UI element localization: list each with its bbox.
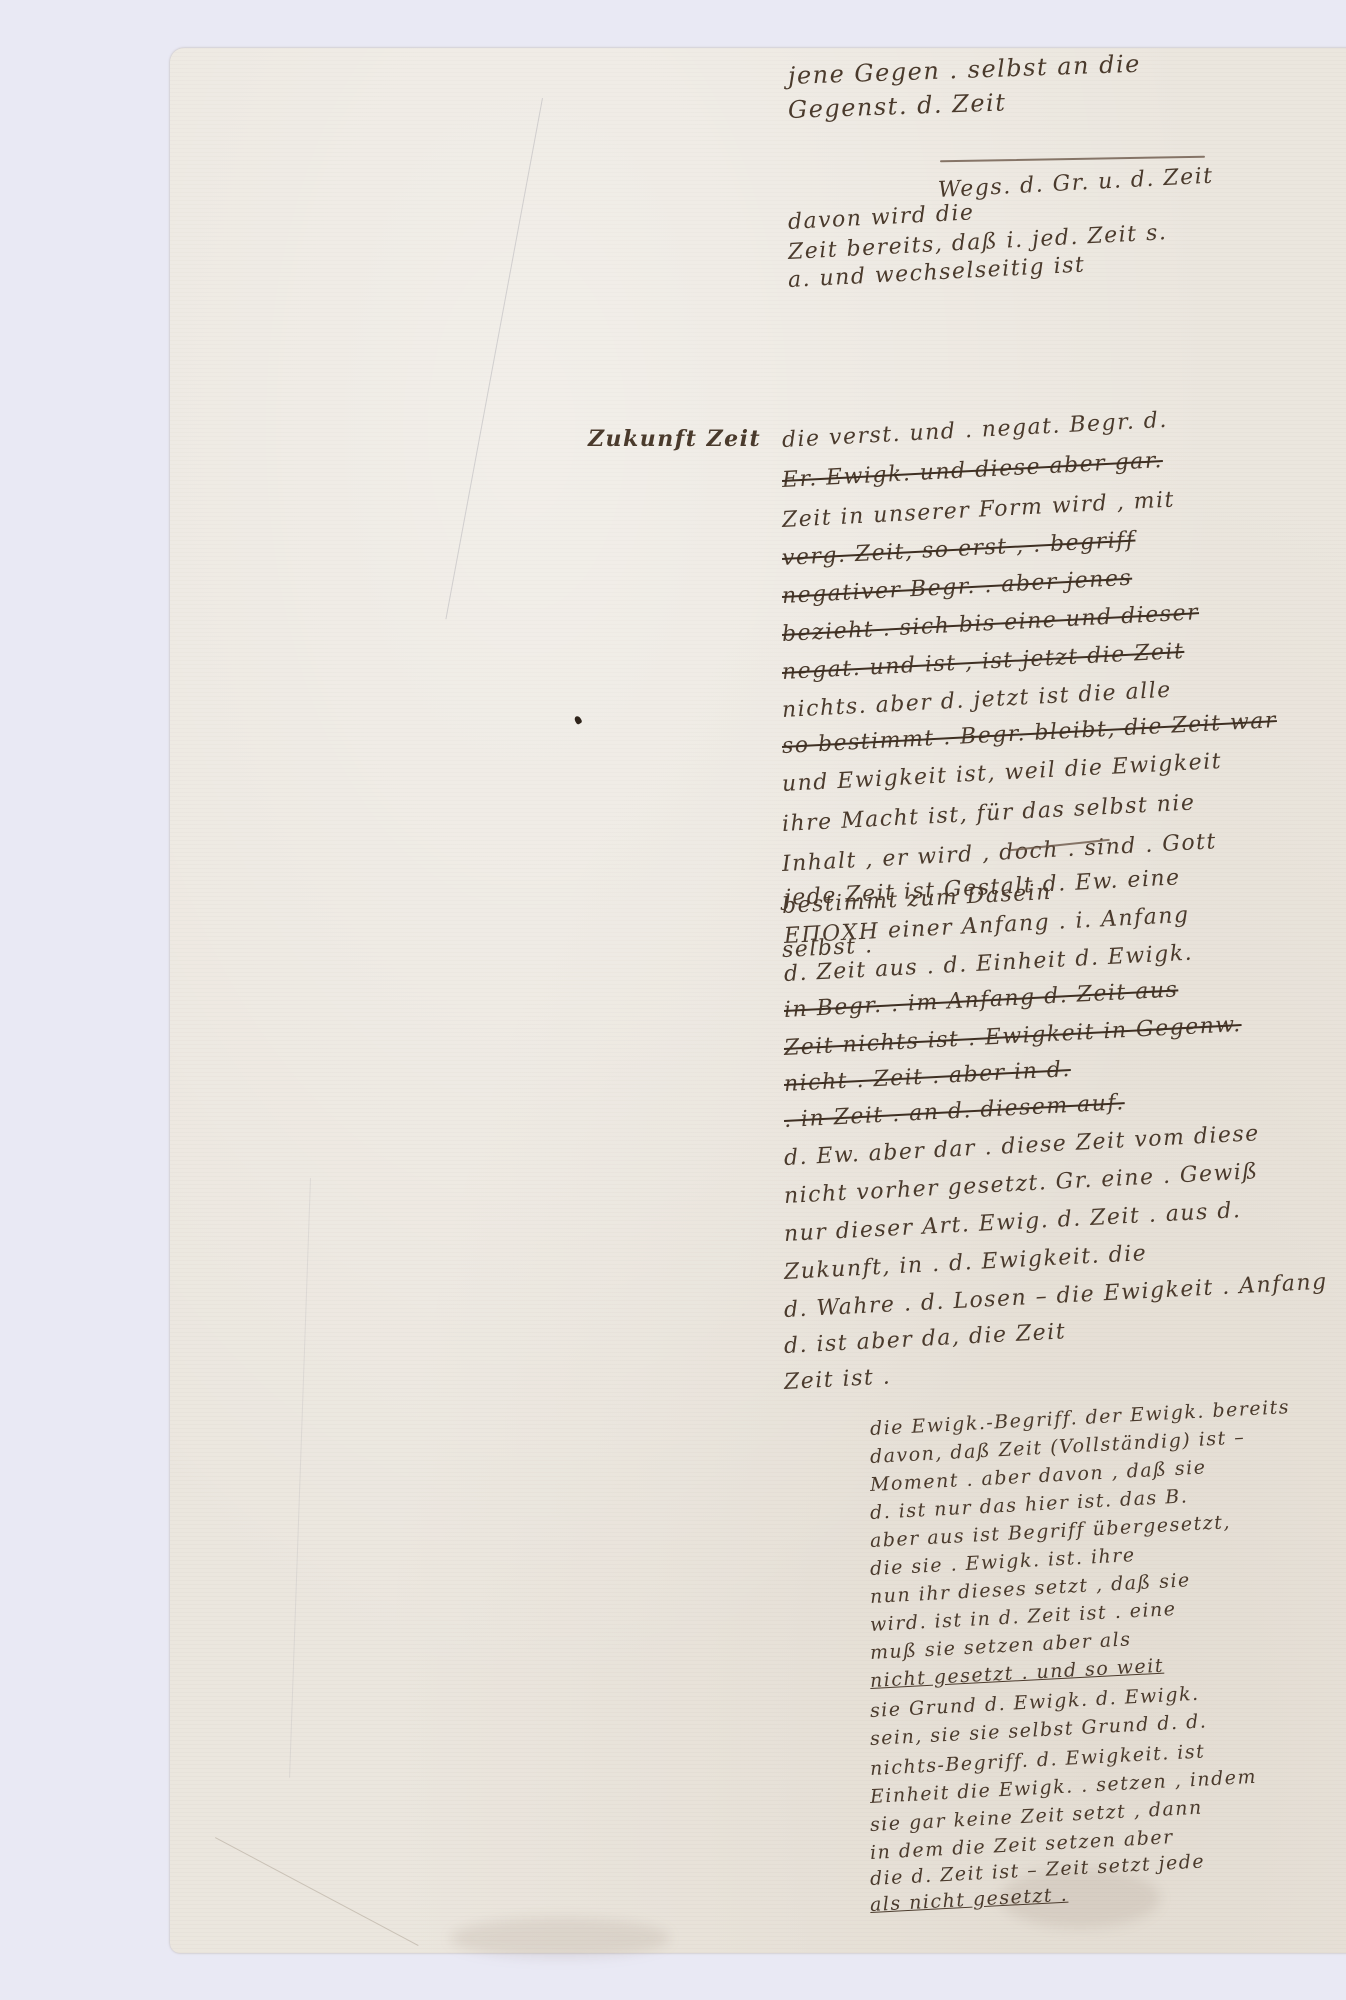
margin-note: Zukunft Zeit <box>588 428 761 450</box>
manuscript-line: d. ist aber da, die Zeit <box>783 1319 1066 1359</box>
manuscript-line-struck: Er. Ewigk. und diese aber gar. <box>781 448 1163 493</box>
manuscript-line: Zeit in unserer Form wird , mit <box>781 487 1175 533</box>
pencil-mark-vertical <box>445 98 543 619</box>
manuscript-line: Zeit ist . <box>783 1364 892 1395</box>
manuscript-line-struck: negat. und ist , ist jetzt die Zeit <box>781 639 1185 685</box>
manuscript-line: jene Gegen . selbst an die <box>788 50 1142 90</box>
manuscript-page: Zukunft Zeit jene Gegen . selbst an die … <box>170 48 1346 1953</box>
manuscript-line: Zukunft, in . d. Ewigkeit. die <box>783 1241 1148 1285</box>
paper-stain <box>450 1918 670 1958</box>
manuscript-line: die verst. und . negat. Begr. d. <box>781 408 1168 453</box>
manuscript-line: Gegenst. d. Zeit <box>788 88 1007 124</box>
ink-dot <box>573 715 582 725</box>
manuscript-line-struck: bezieht . sich bis eine und dieser <box>781 600 1199 647</box>
manuscript-line-struck: . in Zeit . an d. diesem auf. <box>783 1090 1125 1133</box>
fold-crease <box>215 1837 419 1946</box>
manuscript-line-struck: verg. Zeit, so erst , . begriff <box>781 527 1136 570</box>
manuscript-line: Wegs. d. Gr. u. d. Zeit <box>937 164 1214 203</box>
manuscript-line-struck: negativer Begr. . aber jenes <box>781 566 1132 609</box>
manuscript-line-struck: in Begr. . im Anfang d. Zeit aus <box>783 977 1179 1023</box>
manuscript-line: davon wird die <box>787 200 975 235</box>
section-divider <box>940 156 1205 163</box>
manuscript-line: ihre Macht ist, für das selbst nie <box>781 790 1196 837</box>
pencil-mark-vertical-lower <box>289 1178 311 1778</box>
manuscript-line: und Ewigkeit ist, weil die Ewigkeit <box>781 749 1222 797</box>
manuscript-line-struck: nicht . Zeit . aber in d. <box>783 1057 1071 1097</box>
